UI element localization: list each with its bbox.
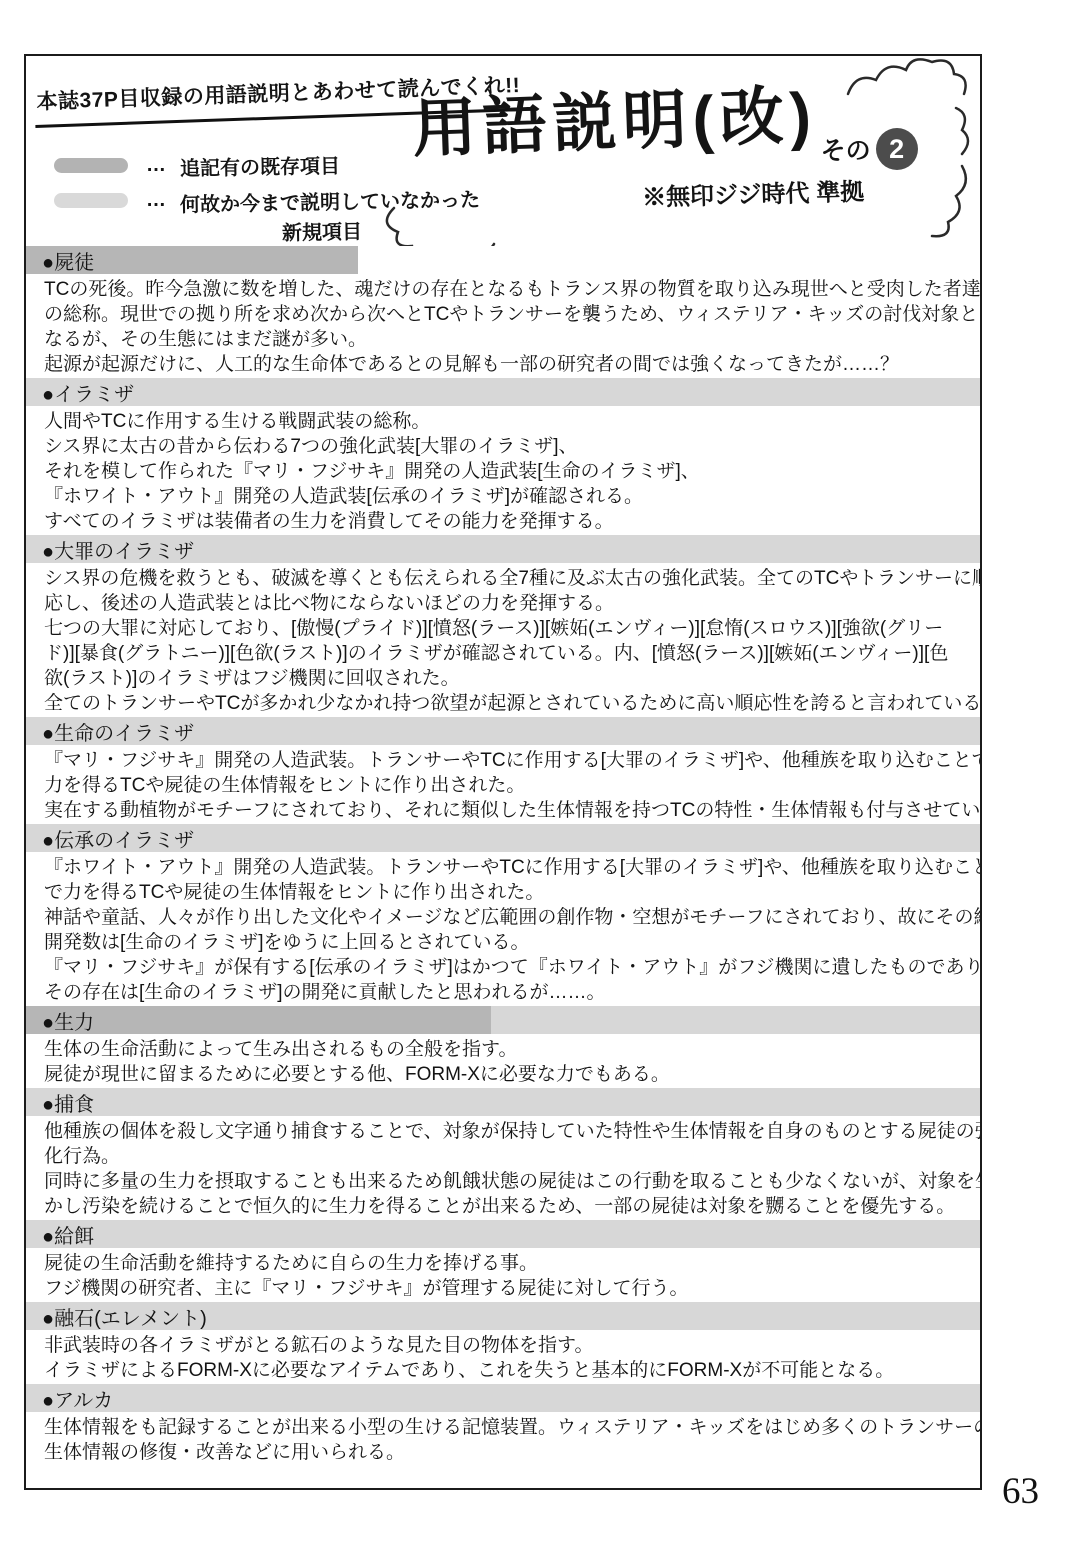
body-line: 非武装時の各イラミザがとる鉱石のような見た目の物体を指す。 xyxy=(44,1333,964,1358)
body-line: 化行為。 xyxy=(44,1144,964,1169)
title-suffix: その xyxy=(821,131,871,167)
term-label: ●給餌 xyxy=(42,1220,94,1249)
glossary-section: ●大罪のイラミザ シス界の危機を救うとも、破滅を導くとも伝えられる全7種に及ぶ太… xyxy=(26,535,980,717)
glossary-section: ●伝承のイラミザ 『ホワイト・アウト』開発の人造武装。トランサーやTCに作用する… xyxy=(26,824,980,1006)
body-line: 人間やTCに作用する生ける戦闘武装の総称。 xyxy=(44,409,964,434)
body-line: 力を得るTCや屍徒の生体情報をヒントに作り出された。 xyxy=(44,773,964,798)
body-line: すべてのイラミザは装備者の生力を消費してその能力を発揮する。 xyxy=(44,509,964,534)
body-line: シス界に太古の昔から伝わる7つの強化武装[大罪のイラミザ]、 xyxy=(44,434,964,459)
glossary-section: ●屍徒 TCの死後。昨今急激に数を増した、魂だけの存在となるもトランス界の物質を… xyxy=(26,246,980,378)
body-line: かし汚染を続けることで恒久的に生力を得ることが出来るため、一部の屍徒は対象を嬲る… xyxy=(44,1194,964,1219)
body-line: の総称。現世での拠り所を求め次から次へとTCやトランサーを襲うため、ウィステリア… xyxy=(44,302,964,327)
glossary-section: ●給餌 屍徒の生命活動を維持するために自らの生力を捧げる事。 フジ機関の研究者、… xyxy=(26,1220,980,1302)
dark-gray-swatch-icon xyxy=(54,158,128,173)
glossary-section: ●イラミザ 人間やTCに作用する生ける戦闘武装の総称。 シス界に太古の昔から伝わ… xyxy=(26,378,980,535)
term-header: ●融石(エレメント) xyxy=(26,1302,980,1330)
term-body: 他種族の個体を殺し文字通り捕食することで、対象が保持していた特性や生体情報を自身… xyxy=(26,1118,980,1220)
body-line: 応し、後述の人造武装とは比べ物にならないほどの力を発揮する。 xyxy=(44,591,964,616)
body-line: で力を得るTCや屍徒の生体情報をヒントに作り出された。 xyxy=(44,880,964,905)
body-line: 『マリ・フジサキ』開発の人造武装。トランサーやTCに作用する[大罪のイラミザ]や… xyxy=(44,748,964,773)
body-line: 『ホワイト・アウト』開発の人造武装[伝承のイラミザ]が確認される。 xyxy=(44,484,964,509)
term-header: ●アルカ xyxy=(26,1384,980,1412)
body-line: イラミザによるFORM-Xに必要なアイテムであり、これを失うと基本的にFORM-… xyxy=(44,1358,964,1383)
body-line: 生体情報の修復・改善などに用いられる。 xyxy=(44,1440,964,1465)
term-header: ●屍徒 xyxy=(26,246,358,274)
glossary-section: ●アルカ 生体情報をも記録することが出来る小型の生ける記憶装置。ウィステリア・キ… xyxy=(26,1384,980,1466)
term-body: 屍徒の生命活動を維持するために自らの生力を捧げる事。 フジ機関の研究者、主に『マ… xyxy=(26,1250,980,1302)
body-line: TCの死後。昨今急激に数を増した、魂だけの存在となるもトランス界の物質を取り込み… xyxy=(44,277,964,302)
body-line: 神話や童話、人々が作り出した文化やイメージなど広範囲の創作物・空想がモチーフにさ… xyxy=(44,905,964,930)
title-subtitle: ※無印ジジ時代 準拠 xyxy=(642,170,918,212)
legend-label-new-line2: 新規項目 xyxy=(282,213,480,245)
body-line: 他種族の個体を殺し文字通り捕食することで、対象が保持していた特性や生体情報を自身… xyxy=(44,1119,964,1144)
term-body: 人間やTCに作用する生ける戦闘武装の総称。 シス界に太古の昔から伝わる7つの強化… xyxy=(26,408,980,535)
body-line: 『マリ・フジサキ』が保有する[伝承のイラミザ]はかつて『ホワイト・アウト』がフジ… xyxy=(44,955,964,980)
body-line: 『ホワイト・アウト』開発の人造武装。トランサーやTCに作用する[大罪のイラミザ]… xyxy=(44,855,964,880)
term-label: ●イラミザ xyxy=(42,378,134,407)
circled-2-badge: 2 xyxy=(876,128,918,170)
glossary-section: ●融石(エレメント) 非武装時の各イラミザがとる鉱石のような見た目の物体を指す。… xyxy=(26,1302,980,1384)
term-label: ●生力 xyxy=(42,1006,94,1035)
term-label: ●屍徒 xyxy=(42,246,94,275)
body-line: 生体情報をも記録することが出来る小型の生ける記憶装置。ウィステリア・キッズをはじ… xyxy=(44,1415,964,1440)
term-header: ●生力 xyxy=(26,1006,980,1034)
content-frame: 本誌37P目収録の用語説明とあわせて読んでくれ!! … 追記有の既存項目 … 何… xyxy=(24,54,982,1490)
term-body: TCの死後。昨今急激に数を増した、魂だけの存在となるもトランス界の物質を取り込み… xyxy=(26,276,980,378)
legend-label-existing: 追記有の既存項目 xyxy=(180,150,340,182)
term-body: 『マリ・フジサキ』開発の人造武装。トランサーやTCに作用する[大罪のイラミザ]や… xyxy=(26,747,980,824)
term-header: ●大罪のイラミザ xyxy=(26,535,980,563)
page-title: 用語説明(改) xyxy=(411,64,819,170)
body-line: 開発数は[生命のイラミザ]をゆうに上回るとされている。 xyxy=(44,930,964,955)
glossary-section: ●捕食 他種族の個体を殺し文字通り捕食することで、対象が保持していた特性や生体情… xyxy=(26,1088,980,1220)
term-body: シス界の危機を救うとも、破滅を導くとも伝えられる全7種に及ぶ太古の強化武装。全て… xyxy=(26,565,980,717)
body-line: 欲(ラスト)]のイラミザはフジ機関に回収された。 xyxy=(44,666,964,691)
body-line: 屍徒の生命活動を維持するために自らの生力を捧げる事。 xyxy=(44,1251,964,1276)
legend-dots: … xyxy=(146,154,166,177)
term-header: ●給餌 xyxy=(26,1220,980,1248)
term-label: ●大罪のイラミザ xyxy=(42,535,194,564)
body-line: フジ機関の研究者、主に『マリ・フジサキ』が管理する屍徒に対して行う。 xyxy=(44,1276,964,1301)
body-line: 屍徒が現世に留まるために必要とする他、FORM-Xに必要な力でもある。 xyxy=(44,1062,964,1087)
page-header: 本誌37P目収録の用語説明とあわせて読んでくれ!! … 追記有の既存項目 … 何… xyxy=(26,56,980,246)
glossary-section: ●生力 生体の生命活動によって生み出されるもの全般を指す。 屍徒が現世に留まるた… xyxy=(26,1006,980,1088)
term-label: ●伝承のイラミザ xyxy=(42,824,194,853)
glossary-section: ●生命のイラミザ 『マリ・フジサキ』開発の人造武装。トランサーやTCに作用する[… xyxy=(26,717,980,824)
body-line: 生体の生命活動によって生み出されるもの全般を指す。 xyxy=(44,1037,964,1062)
term-header: ●捕食 xyxy=(26,1088,980,1116)
term-body: 『ホワイト・アウト』開発の人造武装。トランサーやTCに作用する[大罪のイラミザ]… xyxy=(26,854,980,1006)
body-line: シス界の危機を救うとも、破滅を導くとも伝えられる全7種に及ぶ太古の強化武装。全て… xyxy=(44,566,964,591)
body-line: 同時に多量の生力を摂取することも出来るため飢餓状態の屍徒はこの行動を取ることも少… xyxy=(44,1169,964,1194)
body-line: 起源が起源だけに、人工的な生命体であるとの見解も一部の研究者の間では強くなってき… xyxy=(44,352,964,377)
term-label: ●生命のイラミザ xyxy=(42,717,194,746)
body-line: ド)][暴食(グラトニー)][色欲(ラスト)]のイラミザが確認されている。内、[… xyxy=(44,641,964,666)
term-body: 非武装時の各イラミザがとる鉱石のような見た目の物体を指す。 イラミザによるFOR… xyxy=(26,1332,980,1384)
term-body: 生体の生命活動によって生み出されるもの全般を指す。 屍徒が現世に留まるために必要… xyxy=(26,1036,980,1088)
body-line: 七つの大罪に対応しており、[傲慢(プライド)][憤怒(ラース)][嫉妬(エンヴィ… xyxy=(44,616,964,641)
term-header: ●生命のイラミザ xyxy=(26,717,980,745)
body-line: 実在する動植物がモチーフにされており、それに類似した生体情報を持つTCの特性・生… xyxy=(44,798,964,823)
term-body: 生体情報をも記録することが出来る小型の生ける記憶装置。ウィステリア・キッズをはじ… xyxy=(26,1414,980,1466)
glossary-sections: ●屍徒 TCの死後。昨今急激に数を増した、魂だけの存在となるもトランス界の物質を… xyxy=(26,246,980,1466)
body-line: それを模して作られた『マリ・フジサキ』開発の人造武装[生命のイラミザ]、 xyxy=(44,459,964,484)
term-label: ●アルカ xyxy=(42,1384,113,1413)
body-line: その存在は[生命のイラミザ]の開発に貢献したと思われるが……。 xyxy=(44,980,964,1005)
light-gray-swatch-icon xyxy=(54,193,128,208)
legend-dots: … xyxy=(146,189,166,212)
term-header: ●イラミザ xyxy=(26,378,980,406)
page-number: 63 xyxy=(1002,1470,1039,1513)
term-label: ●融石(エレメント) xyxy=(42,1302,207,1331)
term-label: ●捕食 xyxy=(42,1088,94,1117)
body-line: 全てのトランサーやTCが多かれ少なかれ持つ欲望が起源とされているために高い順応性… xyxy=(44,691,964,716)
body-line: なるが、その生態にはまだ謎が多い。 xyxy=(44,327,964,352)
title-block: 用語説明(改)その2 ※無印ジジ時代 準拠 xyxy=(414,78,918,209)
term-header: ●伝承のイラミザ xyxy=(26,824,980,852)
